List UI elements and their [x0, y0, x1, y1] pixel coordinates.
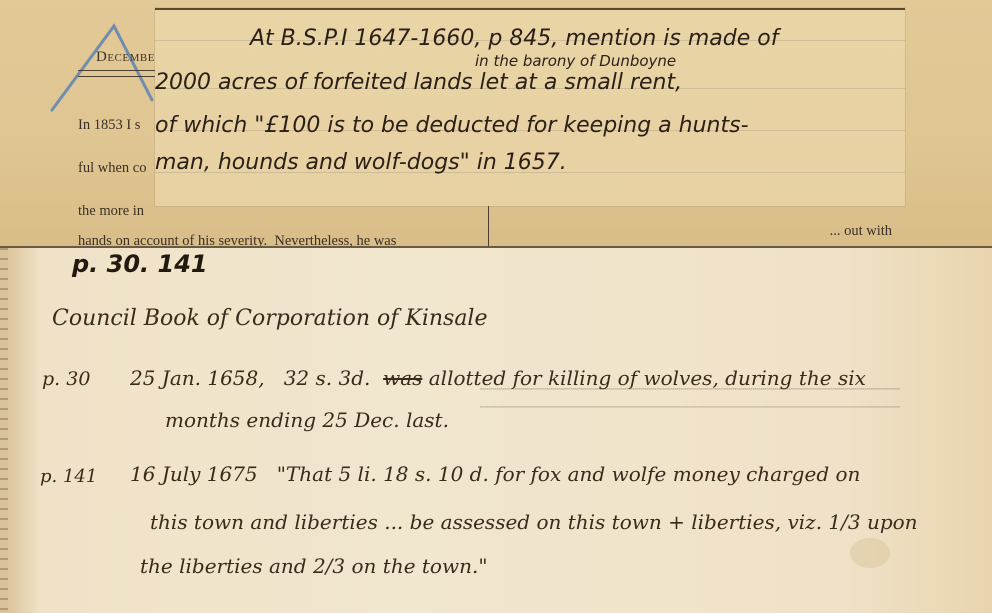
- source-title: Council Book of Corporation of Kinsale: [52, 306, 488, 331]
- entry-1-line-2: months ending 25 Dec. last.: [165, 408, 449, 432]
- pasted-handwritten-note: At B.S.P.I 1647-1660, p 845, mention is …: [155, 8, 905, 206]
- header-rule: [78, 76, 158, 77]
- entry-1-line-1: 25 Jan. 1658, 32 s. 3d. was allotted for…: [130, 366, 866, 390]
- handwritten-notes-sheet: p. 30. 141 Council Book of Corporation o…: [0, 248, 992, 613]
- struck-word: was: [383, 366, 422, 390]
- page-reference: p. 30. 141: [72, 250, 208, 278]
- entry-2-line-3: the liberties and 2/3 on the town.": [140, 554, 488, 578]
- note-line-1: At B.S.P.I 1647-1660, p 845, mention is …: [250, 26, 778, 51]
- text-line: ful when co: [78, 161, 148, 175]
- entry-text: "That 5 li. 18 s. 10 d. for fox and wolf…: [277, 462, 861, 486]
- newspaper-clipping-sheet: Decembe In 1853 I s ful when co the more…: [0, 0, 992, 248]
- note-insertion: in the barony of Dunboyne: [475, 52, 676, 70]
- clipping-header: Decembe: [96, 50, 155, 64]
- entry-2-line-2: this town and liberties ... be assessed …: [150, 510, 918, 534]
- note-line-4: man, hounds and wolf-dogs" in 1657.: [155, 150, 567, 175]
- entry-text: allotted for killing of wolves, during t…: [429, 366, 866, 390]
- note-line-2: 2000 acres of forfeited lands let at a s…: [155, 70, 682, 95]
- text-line: ... out with: [501, 224, 900, 238]
- header-rule: [78, 70, 158, 71]
- perforated-edge: [0, 248, 8, 613]
- entry-date: 25 Jan. 1658,: [130, 366, 265, 390]
- entry-2-line-1: 16 July 1675 "That 5 li. 18 s. 10 d. for…: [130, 462, 860, 486]
- paper-stain: [850, 538, 890, 568]
- text-line: In 1853 I s: [78, 118, 148, 132]
- entry-amount: 32 s. 3d.: [284, 366, 371, 390]
- entry-page-ref: p. 141: [40, 466, 97, 487]
- note-line-3: of which "£100 is to be deducted for kee…: [155, 113, 749, 138]
- text-line: hands on account of his severity. Nevert…: [78, 234, 488, 248]
- entry-date: 16 July 1675: [130, 462, 258, 486]
- ruled-line: [480, 406, 900, 408]
- entry-page-ref: p. 30: [42, 368, 90, 390]
